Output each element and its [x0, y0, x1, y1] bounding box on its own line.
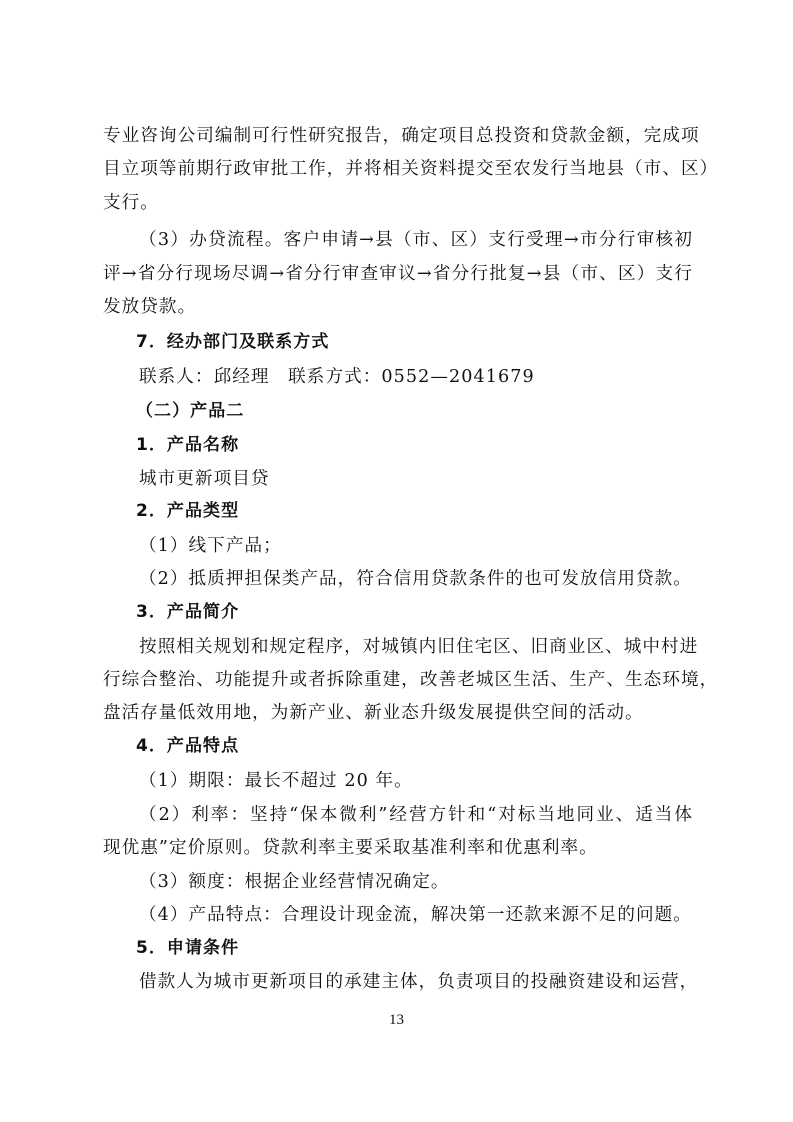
paragraph-line: 盘活存量低效用地，为新产业、新业态升级发展提供空间的活动。 — [103, 702, 693, 724]
paragraph-line: （2）利率：坚持“保本微利”经营方针和“对标当地同业、适当体 — [139, 804, 693, 826]
section-heading: 4．产品特点 — [136, 735, 726, 757]
paragraph-line: （3）额度：根据企业经营情况确定。 — [139, 871, 729, 893]
section-heading: 3．产品简介 — [136, 601, 726, 623]
paragraph-line: 现优惠”定价原则。贷款利率主要采取基准利率和优惠利率。 — [103, 837, 693, 859]
paragraph-line: 评→省分行现场尽调→省分行审查审议→省分行批复→县（市、区）支行 — [103, 263, 693, 285]
paragraph-line: 目立项等前期行政审批工作，并将相关资料提交至农发行当地县（市、区） — [103, 158, 693, 180]
paragraph-line: （1）线下产品； — [139, 535, 729, 557]
paragraph-line: 支行。 — [103, 192, 693, 214]
paragraph-line: 发放贷款。 — [103, 296, 693, 318]
paragraph-line: 按照相关规划和规定程序，对城镇内旧住宅区、旧商业区、城中村进 — [139, 636, 693, 658]
section-heading: 2．产品类型 — [136, 500, 726, 522]
paragraph-line: （1）期限：最长不超过 20 年。 — [139, 770, 729, 792]
section-heading: 7．经办部门及联系方式 — [136, 331, 726, 353]
paragraph-line: 城市更新项目贷 — [139, 468, 729, 490]
paragraph-line: （3）办贷流程。客户申请→县（市、区）支行受理→市分行审核初 — [139, 229, 693, 251]
paragraph-line: （2）抵质押担保类产品，符合信用贷款条件的也可发放信用贷款。 — [139, 568, 729, 590]
paragraph-line: 借款人为城市更新项目的承建主体，负责项目的投融资建设和运营， — [139, 971, 729, 993]
paragraph-line: 专业咨询公司编制可行性研究报告，确定项目总投资和贷款金额，完成项 — [103, 125, 693, 147]
page-number: 13 — [0, 1012, 793, 1029]
document-page: 专业咨询公司编制可行性研究报告，确定项目总投资和贷款金额，完成项 目立项等前期行… — [0, 0, 793, 1122]
paragraph-line: （4）产品特点：合理设计现金流，解决第一还款来源不足的问题。 — [139, 904, 729, 926]
section-heading: （二）产品二 — [136, 400, 726, 422]
contact-line: 联系人：邱经理 联系方式：0552—2041679 — [139, 366, 729, 388]
section-heading: 5．申请条件 — [136, 937, 726, 959]
paragraph-line: 行综合整治、功能提升或者拆除重建，改善老城区生活、生产、生态环境， — [103, 669, 693, 691]
section-heading: 1．产品名称 — [136, 434, 726, 456]
